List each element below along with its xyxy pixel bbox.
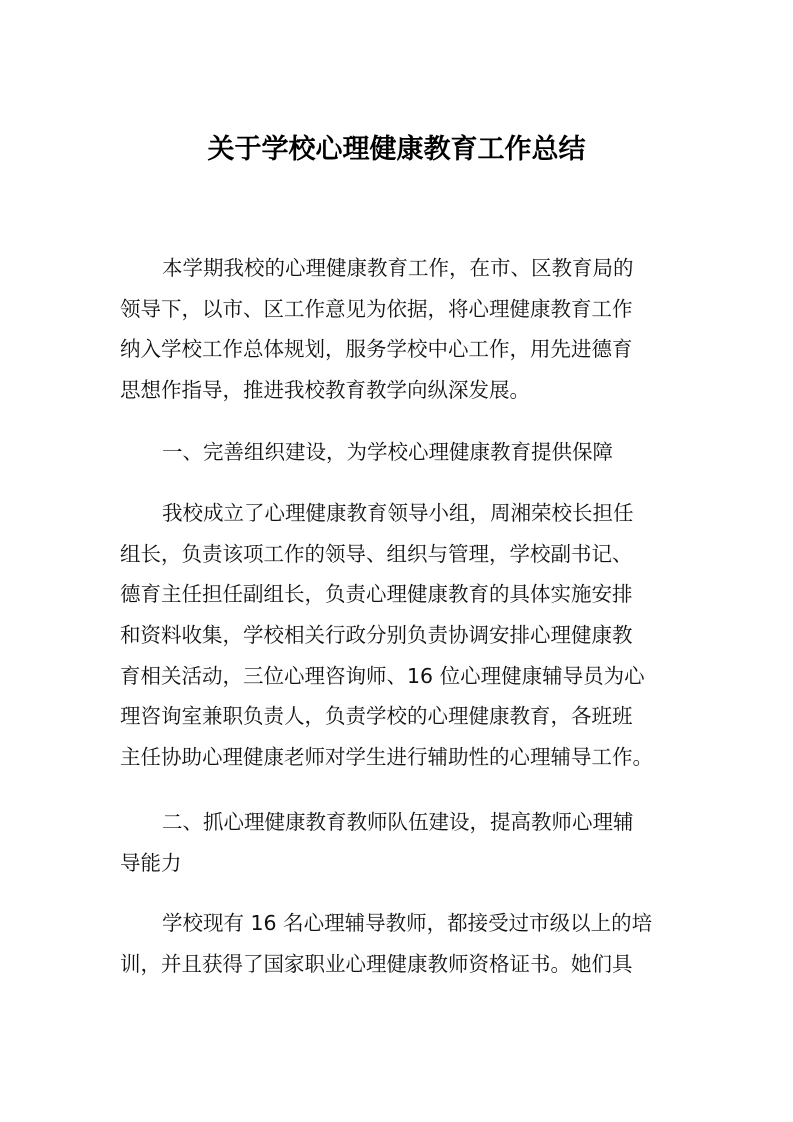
heading-line: 二、抓心理健康教育教师队伍建设，提高教师心理辅	[120, 802, 680, 843]
paragraph-line: 理咨询室兼职负责人，负责学校的心理健康教育，各班班	[120, 696, 680, 737]
document-page: 关于学校心理健康教育工作总结 本学期我校的心理健康教育工作，在市、区教育局的 领…	[0, 0, 793, 1122]
paragraph-line: 纳入学校工作总体规划，服务学校中心工作，用先进德育	[120, 329, 680, 370]
paragraph-line: 德育主任担任副组长，负责心理健康教育的具体实施安排	[120, 574, 680, 615]
heading-line: 一、完善组织建设，为学校心理健康教育提供保障	[120, 432, 680, 473]
heading-line: 导能力	[120, 843, 680, 884]
document-title: 关于学校心理健康教育工作总结	[0, 130, 793, 170]
paragraph-line: 主任协助心理健康老师对学生进行辅助性的心理辅导工作。	[120, 737, 680, 778]
paragraph-line: 学校现有 16 名心理辅导教师，都接受过市级以上的培	[120, 903, 680, 944]
paragraph-intro: 本学期我校的心理健康教育工作，在市、区教育局的 领导下，以市、区工作意见为依据，…	[120, 248, 680, 411]
paragraph-line: 组长，负责该项工作的领导、组织与管理，学校副书记、	[120, 534, 680, 575]
section-heading-1: 一、完善组织建设，为学校心理健康教育提供保障	[120, 432, 680, 473]
paragraph-line: 本学期我校的心理健康教育工作，在市、区教育局的	[120, 248, 680, 289]
paragraph-line: 训，并且获得了国家职业心理健康教师资格证书。她们具	[120, 944, 680, 985]
paragraph-line: 领导下，以市、区工作意见为依据，将心理健康教育工作	[120, 289, 680, 330]
paragraph-teachers: 学校现有 16 名心理辅导教师，都接受过市级以上的培 训，并且获得了国家职业心理…	[120, 903, 680, 984]
paragraph-line: 和资料收集，学校相关行政分别负责协调安排心理健康教	[120, 615, 680, 656]
section-heading-2: 二、抓心理健康教育教师队伍建设，提高教师心理辅 导能力	[120, 802, 680, 883]
paragraph-line: 育相关活动，三位心理咨询师、16 位心理健康辅导员为心	[120, 656, 680, 697]
paragraph-line: 我校成立了心理健康教育领导小组，周湘荣校长担任	[120, 493, 680, 534]
paragraph-line: 思想作指导，推进我校教育教学向纵深发展。	[120, 370, 680, 411]
paragraph-organization: 我校成立了心理健康教育领导小组，周湘荣校长担任 组长，负责该项工作的领导、组织与…	[120, 493, 680, 778]
